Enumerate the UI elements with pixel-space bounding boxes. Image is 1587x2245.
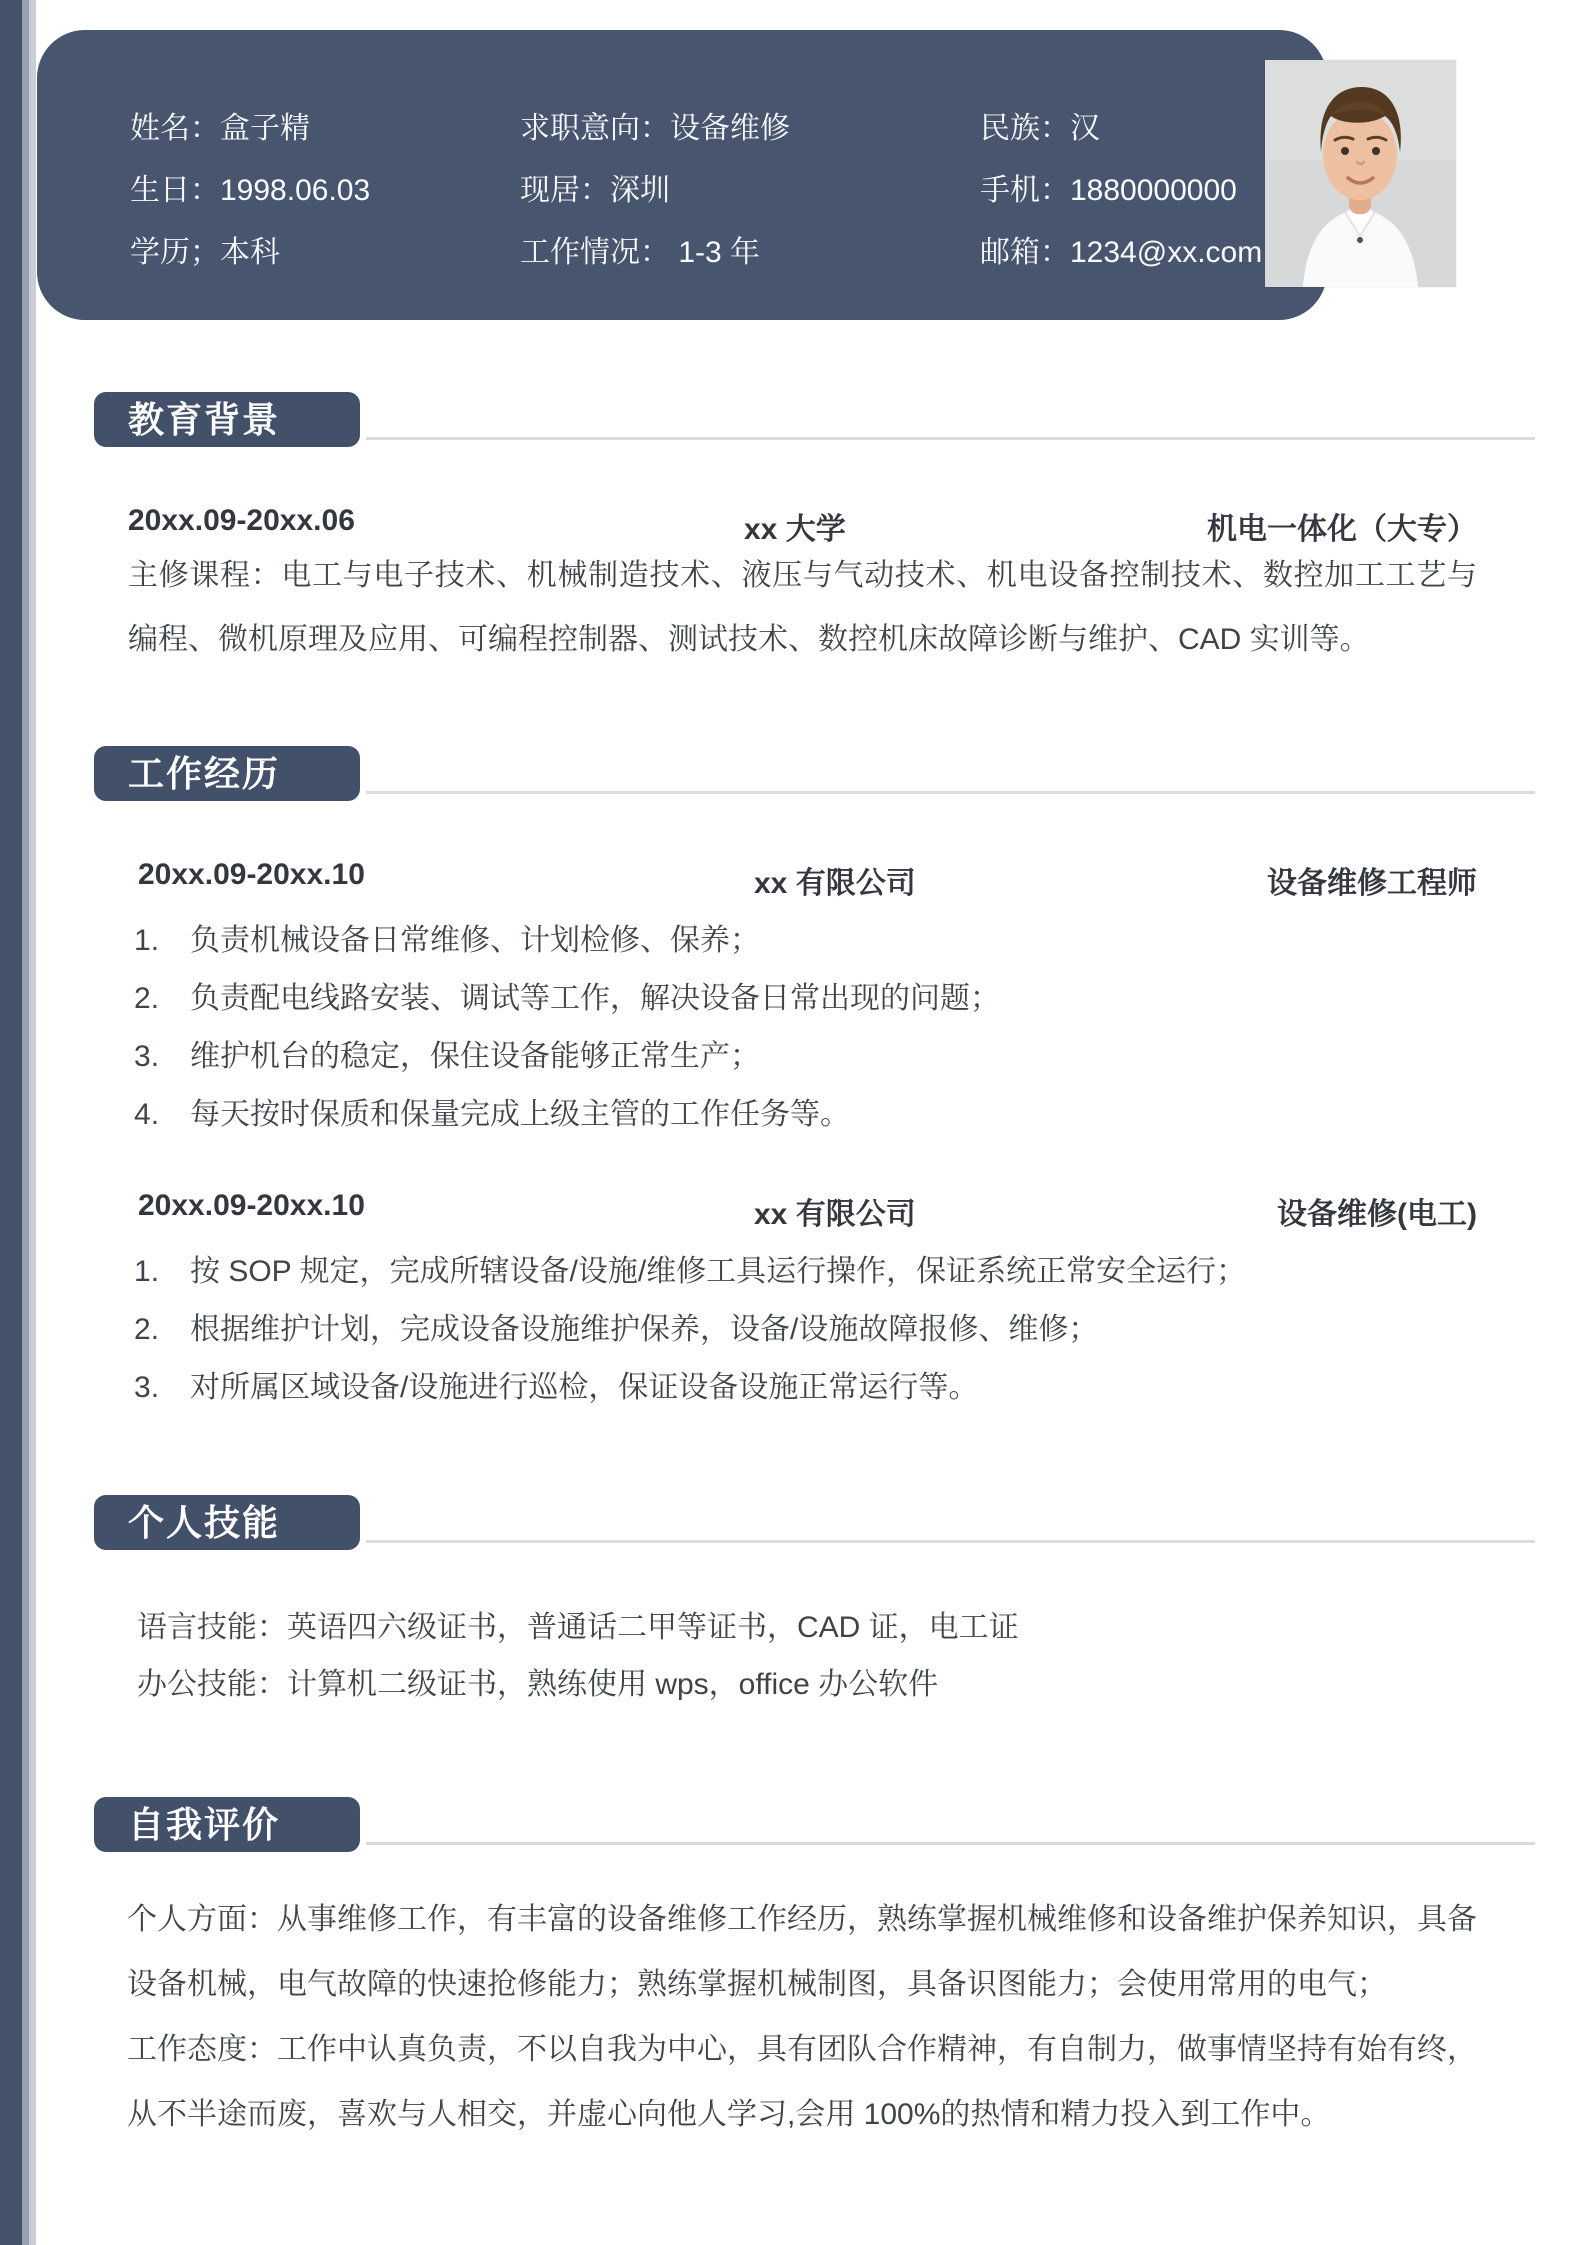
left-accent-strip-mid bbox=[22, 0, 29, 2245]
job-company: xx 有限公司 bbox=[754, 858, 916, 902]
section-work-experience: 工作经历 20xx.09-20xx.10 xx 有限公司 设备维修工程师 负责机… bbox=[94, 746, 1535, 1491]
field-name: 姓名：盒子精 bbox=[130, 98, 370, 160]
skill-line-office: 办公技能：计算机二级证书，熟练使用 wps，office 办公软件 bbox=[137, 1656, 1477, 1713]
job-entry-header: 20xx.09-20xx.10 xx 有限公司 设备维修(电工) bbox=[138, 1189, 1477, 1229]
header-column-job: 求职意向：设备维修 现居：深圳 工作情况： 1-3 年 bbox=[520, 98, 790, 284]
section-title-skills: 个人技能 bbox=[94, 1495, 360, 1550]
duty-item: 根据维护计划，完成设备设施维护保养，设备/设施故障报修、维修； bbox=[134, 1301, 1477, 1359]
skill-line-language: 语言技能：英语四六级证书，普通话二甲等证书，CAD 证，电工证 bbox=[137, 1599, 1477, 1656]
job-period: 20xx.09-20xx.10 bbox=[138, 1189, 365, 1223]
job-duties-list: 负责机械设备日常维修、计划检修、保养； 负责配电线路安装、调试等工作，解决设备日… bbox=[134, 912, 1477, 1144]
section-title-work: 工作经历 bbox=[94, 746, 360, 801]
job-period: 20xx.09-20xx.10 bbox=[138, 858, 365, 892]
duty-item: 负责机械设备日常维修、计划检修、保养； bbox=[134, 912, 1477, 970]
header-card: 姓名：盒子精 生日：1998.06.03 学历；本科 求职意向：设备维修 现居：… bbox=[37, 30, 1327, 320]
duty-item: 按 SOP 规定，完成所辖设备/设施/维修工具运行操作，保证系统正常安全运行； bbox=[134, 1243, 1477, 1301]
section-title-education: 教育背景 bbox=[94, 392, 360, 447]
field-work-years: 工作情况： 1-3 年 bbox=[520, 222, 790, 284]
duty-item: 维护机台的稳定，保住设备能够正常生产； bbox=[134, 1028, 1477, 1086]
header-column-basic: 姓名：盒子精 生日：1998.06.03 学历；本科 bbox=[130, 98, 370, 284]
job-company: xx 有限公司 bbox=[754, 1189, 916, 1233]
education-school: xx 大学 bbox=[744, 504, 846, 548]
education-courses: 主修课程：电工与电子技术、机械制造技术、液压与气动技术、机电设备控制技术、数控加… bbox=[128, 544, 1477, 672]
evaluation-paragraphs: 个人方面：从事维修工作，有丰富的设备维修工作经历，熟练掌握机械维修和设备维护保养… bbox=[127, 1887, 1477, 2147]
field-ethnicity: 民族：汉 bbox=[980, 98, 1262, 160]
education-major: 机电一体化（大专） bbox=[1207, 504, 1477, 548]
left-accent-strip-dark bbox=[0, 0, 22, 2245]
resume-page: 姓名：盒子精 生日：1998.06.03 学历；本科 求职意向：设备维修 现居：… bbox=[0, 0, 1587, 2245]
section-divider bbox=[366, 791, 1535, 794]
field-residence: 现居：深圳 bbox=[520, 160, 790, 222]
field-phone: 手机：1880000000 bbox=[980, 160, 1262, 222]
skills-lines: 语言技能：英语四六级证书，普通话二甲等证书，CAD 证，电工证 办公技能：计算机… bbox=[137, 1599, 1477, 1713]
section-divider bbox=[366, 1540, 1535, 1543]
duty-item: 负责配电线路安装、调试等工作，解决设备日常出现的问题； bbox=[134, 970, 1477, 1028]
job-duties-list: 按 SOP 规定，完成所辖设备/设施/维修工具运行操作，保证系统正常安全运行； … bbox=[134, 1243, 1477, 1417]
section-skills: 个人技能 语言技能：英语四六级证书，普通话二甲等证书，CAD 证，电工证 办公技… bbox=[94, 1495, 1535, 1795]
section-education: 教育背景 20xx.09-20xx.06 xx 大学 机电一体化（大专） 主修课… bbox=[94, 392, 1535, 742]
job-role: 设备维修(电工) bbox=[1277, 1189, 1477, 1233]
field-email: 邮箱：1234@xx.com bbox=[980, 222, 1262, 284]
field-education-level: 学历；本科 bbox=[130, 222, 370, 284]
job-role: 设备维修工程师 bbox=[1267, 858, 1477, 902]
education-period: 20xx.09-20xx.06 bbox=[128, 504, 355, 538]
field-job-intention: 求职意向：设备维修 bbox=[520, 98, 790, 160]
job-entry-header: 20xx.09-20xx.10 xx 有限公司 设备维修工程师 bbox=[138, 858, 1477, 898]
field-birthday: 生日：1998.06.03 bbox=[130, 160, 370, 222]
duty-item: 对所属区域设备/设施进行巡检，保证设备设施正常运行等。 bbox=[134, 1359, 1477, 1417]
left-accent-strip-light bbox=[29, 0, 36, 2245]
evaluation-attitude: 工作态度：工作中认真负责，不以自我为中心，具有团队合作精神，有自制力，做事情坚持… bbox=[127, 2017, 1477, 2147]
education-entry-header: 20xx.09-20xx.06 xx 大学 机电一体化（大专） bbox=[128, 504, 1477, 544]
person-portrait-placeholder bbox=[1265, 60, 1456, 287]
section-self-evaluation: 自我评价 个人方面：从事维修工作，有丰富的设备维修工作经历，熟练掌握机械维修和设… bbox=[94, 1797, 1535, 2217]
evaluation-personal: 个人方面：从事维修工作，有丰富的设备维修工作经历，熟练掌握机械维修和设备维护保养… bbox=[127, 1887, 1477, 2017]
section-divider bbox=[366, 1842, 1535, 1845]
section-title-evaluation: 自我评价 bbox=[94, 1797, 360, 1852]
header-column-contact: 民族：汉 手机：1880000000 邮箱：1234@xx.com bbox=[980, 98, 1262, 284]
profile-photo bbox=[1265, 60, 1456, 287]
section-divider bbox=[366, 437, 1535, 440]
duty-item: 每天按时保质和保量完成上级主管的工作任务等。 bbox=[134, 1086, 1477, 1144]
